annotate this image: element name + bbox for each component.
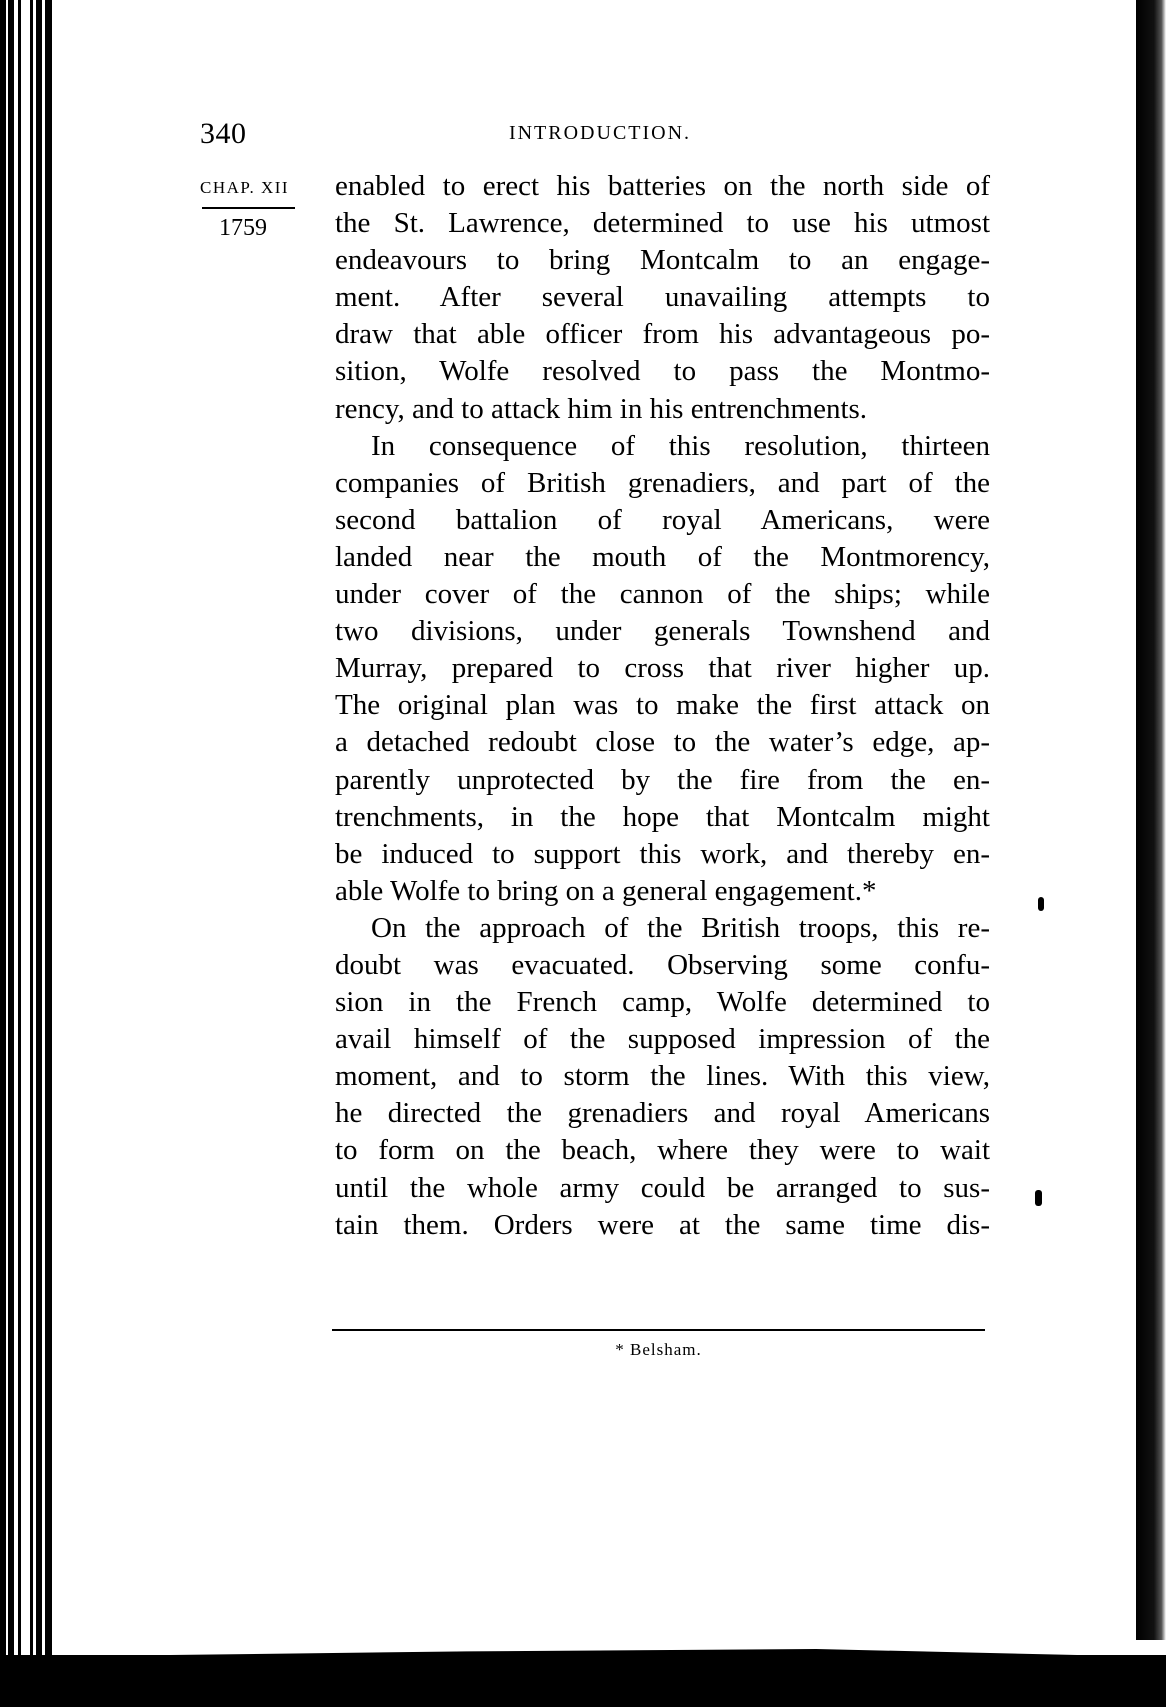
text-line: until the whole army could be arranged t…: [335, 1170, 990, 1207]
body-text: enabled to erect his batteries on the no…: [335, 168, 990, 1244]
text-line: sion in the French camp, Wolfe determine…: [335, 984, 990, 1021]
text-line: trenchments, in the hope that Montcalm m…: [335, 799, 990, 836]
scan-page-edge-right: [1136, 0, 1166, 1640]
text-line: avail himself of the supposed impression…: [335, 1021, 990, 1058]
text-line: second battalion of royal Americans, wer…: [335, 502, 990, 539]
footnote-rule: [332, 1329, 985, 1331]
text-line: moment, and to storm the lines. With thi…: [335, 1058, 990, 1095]
text-line: ment. After several unavailing attempts …: [335, 279, 990, 316]
text-line: On the approach of the British troops, t…: [335, 910, 990, 947]
text-line: two divisions, under generals Townshend …: [335, 613, 990, 650]
margin-year: 1759: [219, 215, 267, 242]
scan-speck: [1038, 897, 1044, 911]
text-line: The original plan was to make the first …: [335, 687, 990, 724]
text-line: be induced to support this work, and the…: [335, 836, 990, 873]
text-line: the St. Lawrence, determined to use his …: [335, 205, 990, 242]
text-line: rency, and to attack him in his entrench…: [335, 391, 990, 428]
text-line: he directed the grenadiers and royal Ame…: [335, 1095, 990, 1132]
margin-chapter-label: CHAP. XII: [200, 178, 300, 198]
margin-rule: [202, 207, 295, 209]
paragraph-3: On the approach of the British troops, t…: [335, 910, 990, 1244]
text-line: under cover of the cannon of the ships; …: [335, 576, 990, 613]
scan-page-edge-bottom: [0, 1655, 1166, 1707]
paragraph-2: In consequence of this resolution, thirt…: [335, 428, 990, 910]
text-line: Murray, prepared to cross that river hig…: [335, 650, 990, 687]
footnote: * Belsham.: [332, 1340, 985, 1360]
paragraph-1: enabled to erect his batteries on the no…: [335, 168, 990, 428]
text-line: to form on the beach, where they were to…: [335, 1132, 990, 1169]
text-line: companies of British grenadiers, and par…: [335, 465, 990, 502]
scan-speck: [1035, 1190, 1042, 1206]
text-line: In consequence of this resolution, thirt…: [335, 428, 990, 465]
text-line: draw that able officer from his advantag…: [335, 316, 990, 353]
text-line: landed near the mouth of the Montmorency…: [335, 539, 990, 576]
text-line: parently unprotected by the fire from th…: [335, 762, 990, 799]
running-head: INTRODUCTION.: [200, 122, 1000, 145]
text-line: able Wolfe to bring on a general engagem…: [335, 873, 990, 910]
text-line: doubt was evacuated. Observing some conf…: [335, 947, 990, 984]
text-line: endeavours to bring Montcalm to an engag…: [335, 242, 990, 279]
text-line: tain them. Orders were at the same time …: [335, 1207, 990, 1244]
text-line: a detached redoubt close to the water’s …: [335, 724, 990, 761]
text-line: sition, Wolfe resolved to pass the Montm…: [335, 353, 990, 390]
text-line: enabled to erect his batteries on the no…: [335, 168, 990, 205]
scan-binding-edge: [0, 0, 56, 1707]
